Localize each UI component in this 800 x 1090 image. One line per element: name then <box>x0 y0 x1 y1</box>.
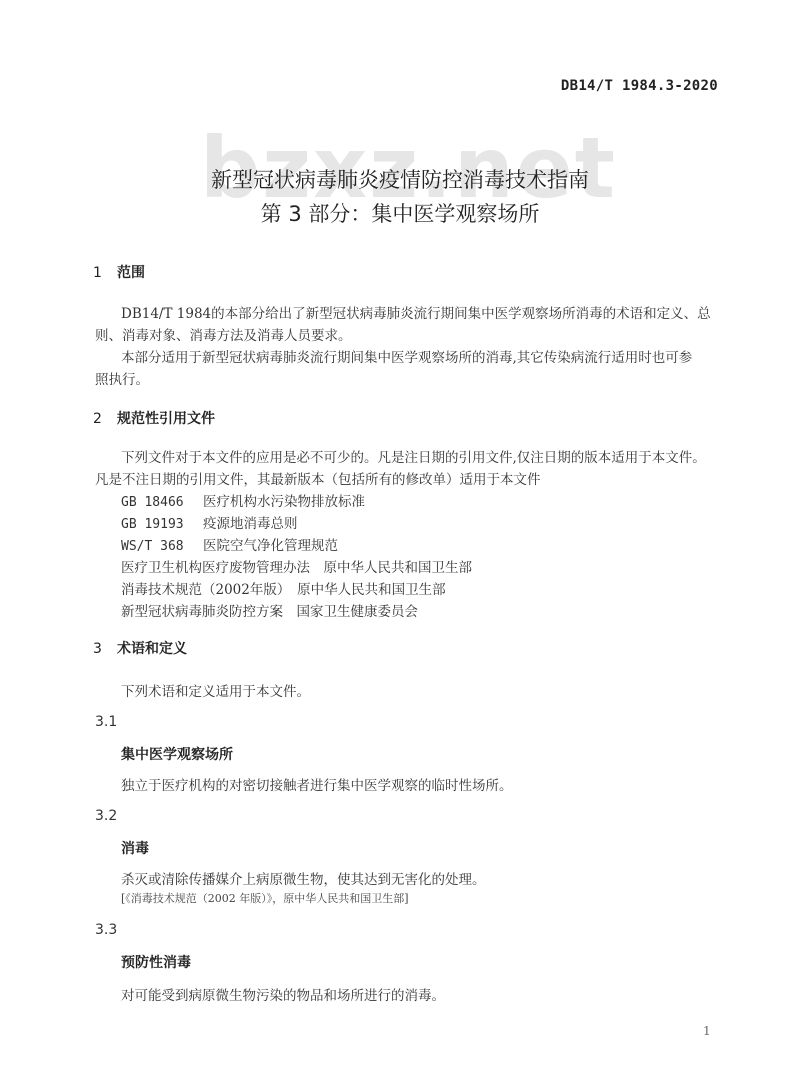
reference-code: WS/T 368 <box>121 539 203 554</box>
reference-title: 医疗卫生机构医疗废物管理办法 原中华人民共和国卫生部 <box>121 560 472 576</box>
page-number: 1 <box>703 1024 711 1038</box>
references-intro-line-2: 凡是不注日期的引用文件，其最新版本（包括所有的修改单）适用于本文件 <box>95 468 541 488</box>
section-number: 2 <box>93 411 117 427</box>
section-title: 范围 <box>117 265 145 281</box>
scope-paragraph-1-line-2: 则、消毒对象、消毒方法及消毒人员要求。 <box>95 324 352 344</box>
clause-number: 3.1 <box>95 714 117 730</box>
terms-intro: 下列术语和定义适用于本文件。 <box>121 680 310 700</box>
references-intro-line-1: 下列文件对于本文件的应用是必不可少的。凡是注日期的引用文件,仅注日期的版本适用于… <box>121 446 706 466</box>
section-heading-terms-definitions: 3术语和定义 <box>93 638 187 658</box>
reference-item: 新型冠状病毒肺炎防控方案 国家卫生健康委员会 <box>121 600 418 620</box>
term-definition: 独立于医疗机构的对密切接触者进行集中医学观察的临时性场所。 <box>121 774 513 794</box>
term-title: 预防性消毒 <box>121 952 191 972</box>
reference-title: 疫源地消毒总则 <box>203 516 298 532</box>
reference-item: GB 18466医疗机构水污染物排放标准 <box>121 490 365 510</box>
term-title: 消毒 <box>121 838 149 858</box>
reference-code: GB 18466 <box>121 495 203 510</box>
scope-paragraph-2-line-1: 本部分适用于新型冠状病毒肺炎流行期间集中医学观察场所的消毒,其它传染病流行适用时… <box>121 346 692 366</box>
document-number: DB14/T 1984.3-2020 <box>561 78 718 94</box>
scope-paragraph-2-line-2: 照执行。 <box>95 368 149 388</box>
reference-title: 医院空气净化管理规范 <box>203 538 338 554</box>
document-subtitle: 第 3 部分：集中医学观察场所 <box>0 198 800 228</box>
reference-item: GB 19193疫源地消毒总则 <box>121 512 298 532</box>
term-definition: 杀灭或清除传播媒介上病原微生物，使其达到无害化的处理。 <box>121 868 486 888</box>
reference-title: 医疗机构水污染物排放标准 <box>203 494 365 510</box>
section-heading-normative-references: 2规范性引用文件 <box>93 408 215 428</box>
section-number: 3 <box>93 641 117 657</box>
reference-title: 新型冠状病毒肺炎防控方案 国家卫生健康委员会 <box>121 604 418 620</box>
reference-code: GB 19193 <box>121 517 203 532</box>
term-title: 集中医学观察场所 <box>121 744 233 764</box>
document-title: 新型冠状病毒肺炎疫情防控消毒技术指南 <box>0 164 800 194</box>
section-title: 术语和定义 <box>117 641 187 657</box>
section-title: 规范性引用文件 <box>117 411 215 427</box>
scope-paragraph-1-line-1: DB14/T 1984的本部分给出了新型冠状病毒肺炎流行期间集中医学观察场所消毒… <box>121 302 711 322</box>
clause-number: 3.2 <box>95 808 117 824</box>
section-heading-scope: 1范围 <box>93 262 145 282</box>
reference-item: WS/T 368医院空气净化管理规范 <box>121 534 338 554</box>
clause-number: 3.3 <box>95 922 117 938</box>
reference-item: 医疗卫生机构医疗废物管理办法 原中华人民共和国卫生部 <box>121 556 472 576</box>
term-source: [《消毒技术规范（2002 年版）》，原中华人民共和国卫生部] <box>121 890 409 906</box>
section-number: 1 <box>93 265 117 281</box>
term-definition: 对可能受到病原微生物污染的物品和场所进行的消毒。 <box>121 984 445 1004</box>
reference-item: 消毒技术规范（2002年版） 原中华人民共和国卫生部 <box>121 578 446 598</box>
reference-title: 消毒技术规范（2002年版） 原中华人民共和国卫生部 <box>121 582 446 598</box>
